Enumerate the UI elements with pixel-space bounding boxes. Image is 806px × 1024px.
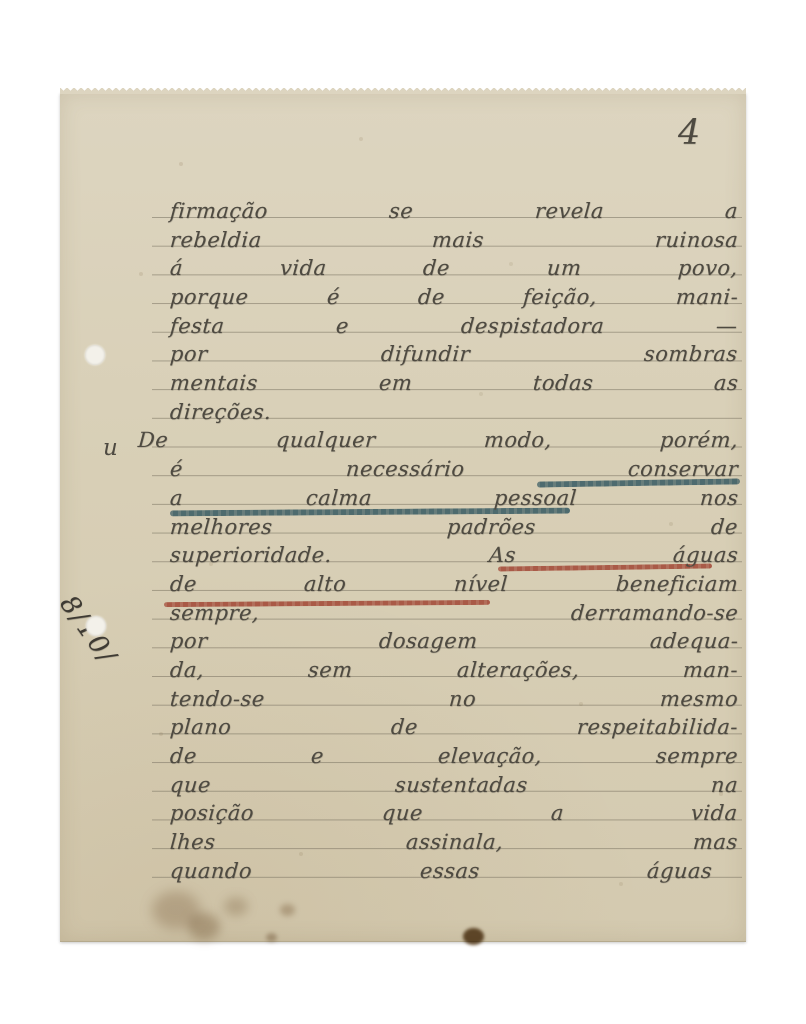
scanned-document: 4 u 8/10/ firmaçãoserevelaarebeldiamaisr… — [0, 0, 806, 1024]
ink-stain — [463, 928, 484, 945]
manuscript-line: porqueédefeição,mani- — [170, 274, 738, 303]
manuscript-line: lhesassinala,mas — [170, 819, 738, 848]
manuscript-line: festaedespistadora— — [170, 303, 738, 332]
manuscript-page: 4 u 8/10/ firmaçãoserevelaarebeldiamaisr… — [60, 93, 746, 942]
ink-stain — [224, 897, 248, 916]
punch-hole-top — [85, 345, 105, 365]
manuscript-line: pordifundirsombras — [170, 332, 738, 361]
ink-stain — [188, 913, 220, 940]
paper-speckles — [60, 93, 62, 95]
manuscript-line: melhorespadrõesde — [170, 504, 738, 533]
punch-hole-bottom — [86, 616, 106, 636]
manuscript-line: énecessárioconservar — [170, 446, 738, 475]
handwritten-text: firmaçãoserevelaarebeldiamaisruinosaávid… — [170, 188, 738, 877]
manuscript-line: tendo-senomesmo — [170, 676, 738, 705]
ink-stain — [266, 933, 277, 942]
manuscript-line: firmaçãoserevelaa — [170, 188, 738, 217]
torn-top-edge — [60, 88, 746, 94]
page-number: 4 — [678, 113, 700, 153]
ink-stain — [280, 904, 295, 916]
paragraph-mark: u — [103, 435, 118, 461]
